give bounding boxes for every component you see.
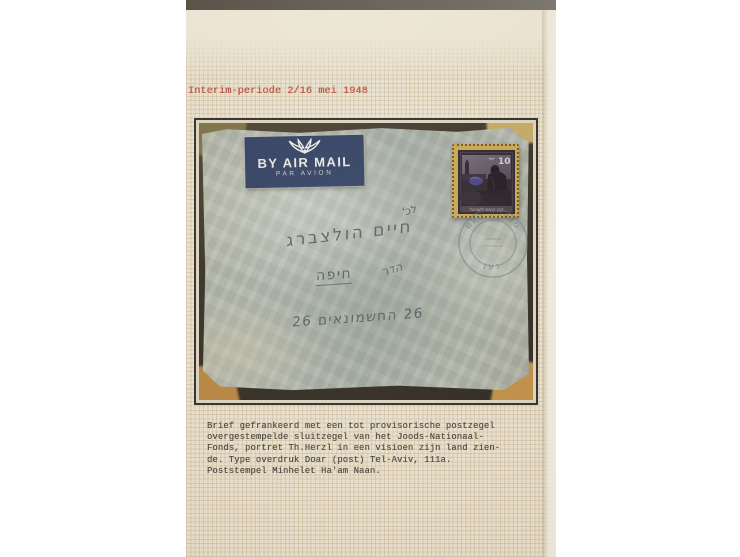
photographed-album-page: Interim-periode 2/16 mei 1948 [0, 0, 740, 557]
description-line: Poststempel Minhelet Ha'am Naan. [207, 466, 500, 477]
cover-photo: BY AIR MAIL PAR AVION [199, 123, 533, 400]
page-top-shadow [186, 0, 556, 10]
description-line: de. Type overdruk Doar (post) Tel-Aviv, … [207, 455, 500, 466]
airmail-label-text: BY AIR MAIL [257, 155, 351, 170]
description-line: overgestempelde sluitzegel van het Joods… [207, 432, 500, 443]
typed-description: Brief gefrankeerd met een tot provisoris… [207, 421, 500, 477]
album-page: Interim-periode 2/16 mei 1948 [186, 0, 556, 557]
red-typed-caption: Interim-periode 2/16 mei 1948 [188, 86, 368, 97]
cover-frame: BY AIR MAIL PAR AVION [194, 118, 538, 405]
airmail-label: BY AIR MAIL PAR AVION [244, 135, 364, 188]
description-line: Fonds, portret Th.Herzl in een visioen z… [207, 443, 500, 454]
svg-text:נען: נען [482, 261, 503, 273]
description-line: Brief gefrankeerd met een tot provisoris… [207, 421, 500, 432]
handwritten-city: חיפה [316, 266, 353, 287]
par-avion-text: PAR AVION [276, 169, 334, 177]
svg-text:10: 10 [498, 157, 511, 167]
postmark: מנהלת העם נען [448, 198, 533, 288]
top-light-flare [186, 10, 556, 78]
page-right-edge [542, 10, 556, 557]
postmark-text-bottom: נען [482, 261, 503, 273]
airmail-wings-icon [284, 138, 324, 157]
